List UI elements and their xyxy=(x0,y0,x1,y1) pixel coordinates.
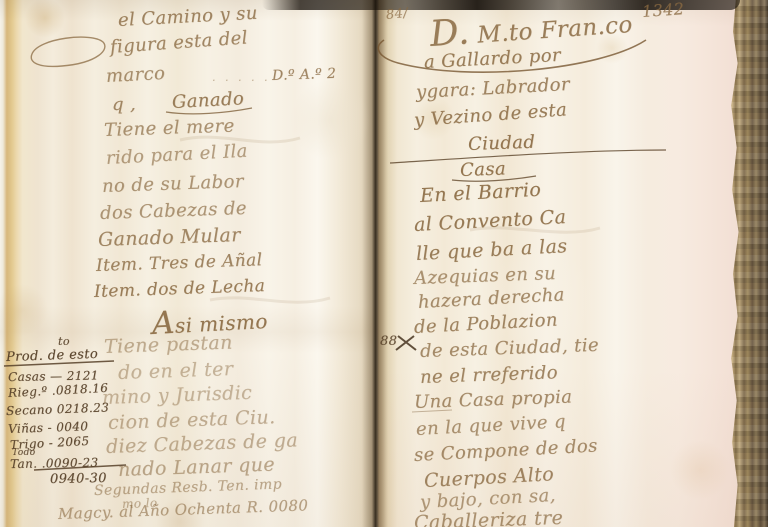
margin-entry: Tan. .0090-23 xyxy=(10,455,99,471)
text-line: marco xyxy=(105,63,165,87)
margin-heading: Prod. de esto xyxy=(6,347,99,365)
text-line: q , xyxy=(112,94,136,115)
margin-total: 0940-30 xyxy=(50,471,107,487)
text-line: do en el ter xyxy=(118,358,234,384)
keyword-casa: Casa xyxy=(460,158,507,181)
page-gutter xyxy=(362,0,388,527)
dotted-leader: · · · · · xyxy=(212,74,270,87)
keyword-ciudad: Ciudad xyxy=(468,132,536,155)
manuscript-photo: 1342 84/ el Camino y su figura esta del … xyxy=(0,0,768,527)
margin-superscript: to xyxy=(58,335,70,348)
keyword-ganado: Ganado xyxy=(171,88,244,113)
margin-number: 88 xyxy=(380,334,397,349)
text-line: Tiene pastan xyxy=(104,332,233,358)
page-number: 1342 xyxy=(641,0,685,21)
text-line: D.º A.º 2 xyxy=(272,66,337,84)
folio-mark: 84/ xyxy=(385,6,409,23)
